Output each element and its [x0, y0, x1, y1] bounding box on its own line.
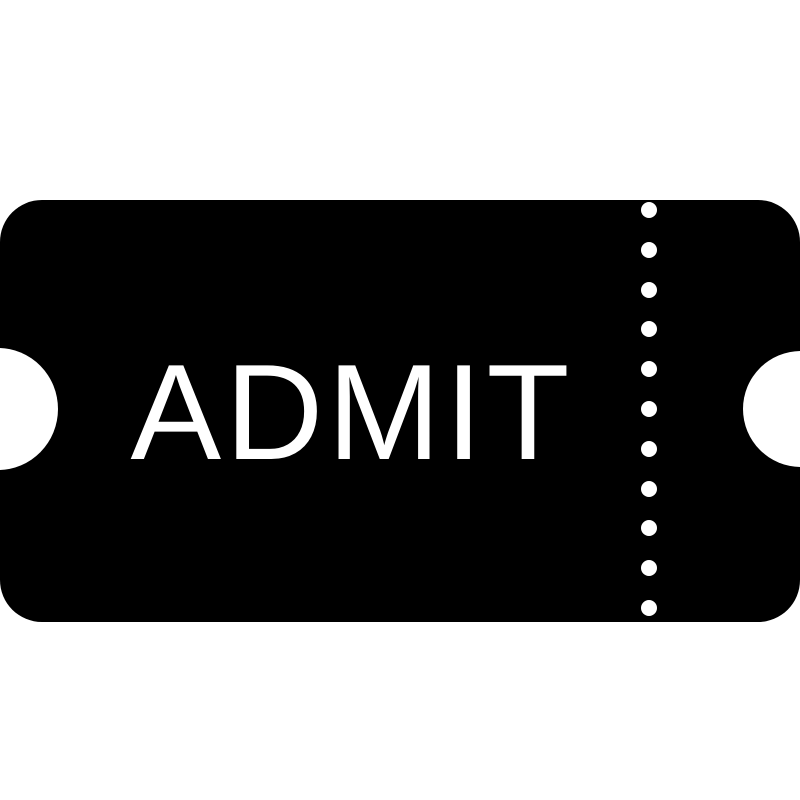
perforation-dot [641, 321, 657, 337]
perforation-dot [641, 202, 657, 218]
perforation-dot [641, 242, 657, 258]
perforation-dot [641, 481, 657, 497]
perforation-dot [641, 520, 657, 536]
right-notch [743, 351, 800, 467]
left-notch [0, 348, 58, 470]
admit-label: ADMIT [55, 344, 649, 480]
perforation-dot [641, 282, 657, 298]
perforation-dot [641, 560, 657, 576]
perforation-dot [641, 600, 657, 616]
canvas: ADMIT [0, 0, 800, 800]
